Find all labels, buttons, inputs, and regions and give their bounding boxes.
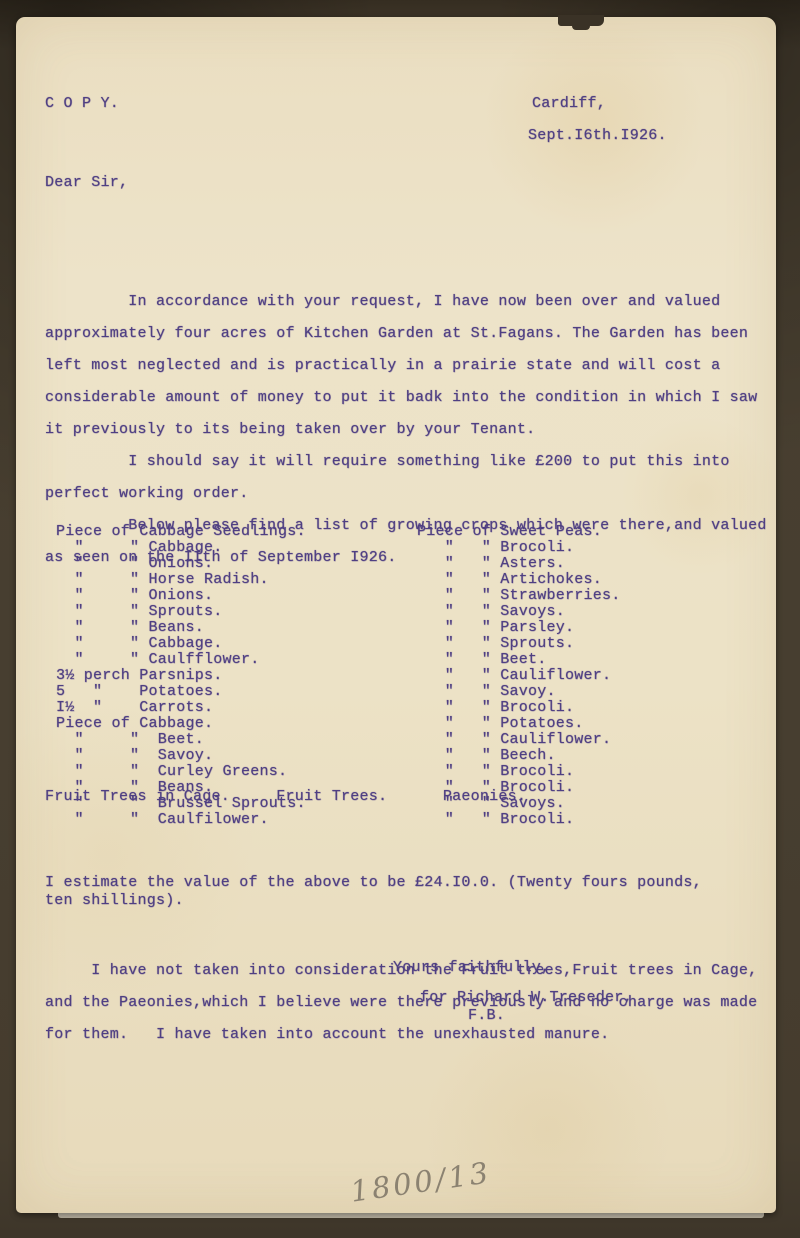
- typed-line: approximately four acres of Kitchen Gard…: [45, 318, 757, 350]
- crop-row: " " Beet.: [417, 652, 621, 668]
- signature-line: for Richard W.Treseder,: [420, 990, 633, 1006]
- crops-list-left: Piece of Cabbage Seedlings. " " Cabbage.…: [56, 476, 306, 828]
- crop-row: " " Brocoli.: [417, 540, 621, 556]
- crop-row: " " Savoys.: [417, 604, 621, 620]
- crop-row: " " Onions.: [56, 588, 306, 604]
- crop-row: " " Beans.: [56, 620, 306, 636]
- crop-row: " " Cabbage.: [56, 540, 306, 556]
- crop-row: " " Parsley.: [417, 620, 621, 636]
- crop-row: Piece of Cabbage Seedlings.: [56, 524, 306, 540]
- crop-row: " " Savoy.: [417, 684, 621, 700]
- crop-row: " " Caulfflower.: [56, 652, 306, 668]
- crop-row: " " Beet.: [56, 732, 306, 748]
- letter-page: C O P Y. Cardiff, Sept.I6th.I926. Dear S…: [16, 17, 776, 1213]
- crop-row: " " Savoy.: [56, 748, 306, 764]
- crop-row: " " Cauliflower.: [417, 668, 621, 684]
- crop-row: " " Horse Radish.: [56, 572, 306, 588]
- crop-row: " " Onions.: [56, 556, 306, 572]
- crops-list-right: Piece of Sweet Peas. " " Brocoli. " " As…: [417, 476, 621, 828]
- typed-line: and the Paeonies,which I believe were th…: [45, 987, 757, 1019]
- crop-row: Piece of Sweet Peas.: [417, 524, 621, 540]
- crop-row: " " Asters.: [417, 556, 621, 572]
- photo-backdrop: C O P Y. Cardiff, Sept.I6th.I926. Dear S…: [0, 0, 800, 1238]
- crop-row: " " Sprouts.: [56, 604, 306, 620]
- crop-row: I½ " Carrots.: [56, 700, 306, 716]
- crop-row: " " Brocoli.: [417, 764, 621, 780]
- fruit-trees-line: Fruit Trees in Cage. Fruit Trees. Paeoni…: [45, 789, 526, 805]
- crop-row: " " Cabbage.: [56, 636, 306, 652]
- typed-line: for them. I have taken into account the …: [45, 1019, 757, 1051]
- crop-row: " " Artichokes.: [417, 572, 621, 588]
- handwritten-reference: 1800/13: [348, 1155, 493, 1208]
- crop-row: Piece of Cabbage.: [56, 716, 306, 732]
- valediction: Yours faithfully,: [393, 960, 550, 976]
- copy-label: C O P Y.: [45, 96, 119, 112]
- crop-row: " " Beech.: [417, 748, 621, 764]
- typed-line: In accordance with your request, I have …: [45, 286, 757, 318]
- signature-initials: F.B.: [468, 1008, 505, 1024]
- crop-row: " " Potatoes.: [417, 716, 621, 732]
- salutation: Dear Sir,: [45, 175, 128, 191]
- consideration-paragraph: I have not taken into consideration the …: [45, 859, 757, 1051]
- paper-notch-deep: [572, 15, 590, 30]
- crop-row: " " Sprouts.: [417, 636, 621, 652]
- crop-row: " " Curley Greens.: [56, 764, 306, 780]
- crop-row: " " Strawberries.: [417, 588, 621, 604]
- crop-row: " " Brocoli.: [417, 700, 621, 716]
- date-line: Sept.I6th.I926.: [528, 128, 667, 144]
- crop-row: 3½ perch Parsnips.: [56, 668, 306, 684]
- crop-row: 5 " Potatoes.: [56, 684, 306, 700]
- place-line: Cardiff,: [532, 96, 606, 112]
- crop-row: " " Cauliflower.: [417, 732, 621, 748]
